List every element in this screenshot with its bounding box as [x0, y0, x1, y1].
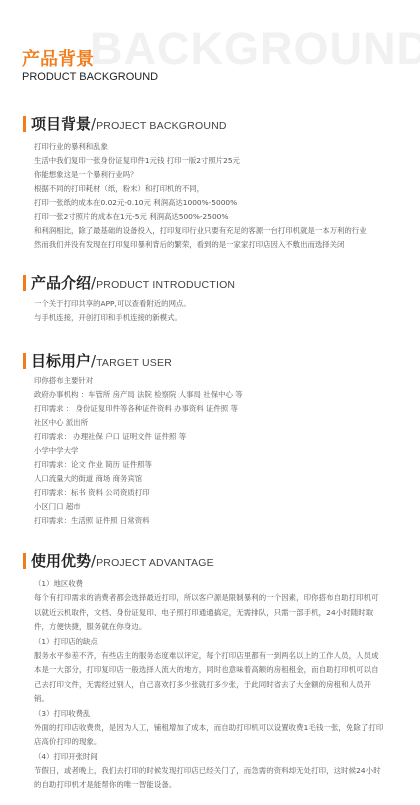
body-line: 打印需求：论文 作业 简历 证件照等 — [34, 458, 408, 472]
advantage-text: 服务水平参差不齐，有些店主的服务态度难以评定，每个打印店里都有一到两名以上的工作… — [34, 649, 386, 707]
body-line: 你能想象这是一个暴利行业吗？ — [34, 168, 408, 182]
body-line: 人口流量大的街道 商场 商务宾馆 — [34, 472, 408, 486]
section-body: 打印行业的暴利和乱象 生活中我们复印一张身份证复印件1元钱 打印一版2寸照片25… — [0, 140, 420, 252]
title-cn: 产品介绍 — [31, 274, 91, 292]
section-heading: 使用优势/PROJECT ADVANTAGE — [0, 550, 420, 572]
hero-subtitle: PRODUCT BACKGROUND — [22, 71, 158, 83]
body-line: 小区门口 超市 — [34, 500, 408, 514]
section-target-user: 目标用户/TARGET USER 印你搭布主要针对 政府办事机构 ：车管所 房产… — [0, 350, 420, 528]
body-line: 生活中我们复印一张身份证复印件1元钱 打印一版2寸照片25元 — [34, 154, 408, 168]
section-product-introduction: 产品介绍/PRODUCT INTRODUCTION 一个关于打印共享的APP,可… — [0, 272, 420, 325]
advantage-text: 外面的打印店收费贵，是因为人工，铺租增加了成本，而自助打印机可以设置收费1毛钱一… — [34, 721, 386, 750]
section-project-advantage: 使用优势/PROJECT ADVANTAGE （1）地区收费 每个有打印需求的消… — [0, 550, 420, 793]
body-line: 打印需求： 办理社保 户口 证明文件 证件照 等 — [34, 430, 408, 444]
body-line: 打印行业的暴利和乱象 — [34, 140, 408, 154]
hero-header: BACKGROUND 产品背景 PRODUCT BACKGROUND — [0, 0, 420, 100]
body-line: 和利润相比，除了最基础的设备投入，打印复印行业只要有充足的客源一台打印机就是一本… — [34, 224, 408, 238]
body-line: 根据不同的打印耗材（纸，粉末）和打印机的不同， — [34, 182, 408, 196]
title-cn: 使用优势 — [31, 552, 91, 570]
body-line: 然而我们并没有发现在打印复印暴利背后的繁荣，看到的是一家家打印店因入不敷出而选择… — [34, 238, 408, 252]
hero-title: 产品背景 — [22, 45, 94, 71]
accent-bar — [23, 353, 26, 369]
section-heading: 项目背景/PROJECT BACKGROUND — [0, 113, 420, 135]
body-line: 政府办事机构 ：车管所 房产局 法院 检察院 人事局 社保中心 等 — [34, 388, 408, 402]
section-project-background: 项目背景/PROJECT BACKGROUND 打印行业的暴利和乱象 生活中我们… — [0, 113, 420, 252]
title-cn: 目标用户 — [31, 352, 91, 370]
accent-bar — [23, 116, 26, 132]
title-en: PROJECT BACKGROUND — [96, 120, 227, 132]
body-line: 与手机连接，开创打印和手机连接的新模式。 — [34, 311, 408, 325]
section-heading: 目标用户/TARGET USER — [0, 350, 420, 372]
title-en: TARGET USER — [96, 357, 172, 369]
body-line: 一个关于打印共享的APP,可以查看附近的网点。 — [34, 297, 408, 311]
advantage-heading: （3）打印收费乱 — [34, 707, 408, 721]
advantage-text: 节假日，或者晚上，我们去打印的时候发现打印店已经关门了，而急需的资料却无处打印，… — [34, 764, 386, 793]
title-en: PROJECT ADVANTAGE — [96, 557, 214, 569]
body-line: 小学中学大学 — [34, 444, 408, 458]
body-line: 打印需求：标书 资料 公司资质打印 — [34, 486, 408, 500]
advantage-heading: （1）打印店的缺点 — [34, 635, 408, 649]
body-line: 印你搭布主要针对 — [34, 374, 408, 388]
advantage-heading: （1）地区收费 — [34, 577, 408, 591]
body-line: 打印一张纸的成本在0.02元-0.10元 利润高达1000%-5000% — [34, 196, 408, 210]
section-heading: 产品介绍/PRODUCT INTRODUCTION — [0, 272, 420, 294]
body-line: 打印一张2寸照片的成本在1元-5元 利润高达500%-2500% — [34, 210, 408, 224]
section-body: （1）地区收费 每个有打印需求的消费者都会选择最近打印，所以客户源是限制暴利的一… — [0, 577, 420, 793]
body-line: 打印需求：生活照 证件照 日常资料 — [34, 514, 408, 528]
body-line: 社区中心 派出所 — [34, 416, 408, 430]
advantage-text: 每个有打印需求的消费者都会选择最近打印，所以客户源是限制暴利的一个因素，印你搭布… — [34, 591, 386, 635]
title-cn: 项目背景 — [31, 115, 91, 133]
section-title: 产品介绍/PRODUCT INTRODUCTION — [31, 272, 235, 293]
accent-bar — [23, 553, 26, 569]
title-en: PRODUCT INTRODUCTION — [96, 279, 235, 291]
section-title: 项目背景/PROJECT BACKGROUND — [31, 113, 227, 134]
accent-bar — [23, 275, 26, 291]
section-title: 目标用户/TARGET USER — [31, 350, 172, 371]
hero-watermark: BACKGROUND — [90, 26, 420, 71]
section-body: 印你搭布主要针对 政府办事机构 ：车管所 房产局 法院 检察院 人事局 社保中心… — [0, 374, 420, 528]
section-title: 使用优势/PROJECT ADVANTAGE — [31, 550, 214, 571]
body-line: 打印需求 ： 身份证复印件等各种证件资料 办事资料 证件照 等 — [34, 402, 408, 416]
advantage-heading: （4）打印开张时间 — [34, 750, 408, 764]
section-body: 一个关于打印共享的APP,可以查看附近的网点。 与手机连接，开创打印和手机连接的… — [0, 297, 420, 325]
